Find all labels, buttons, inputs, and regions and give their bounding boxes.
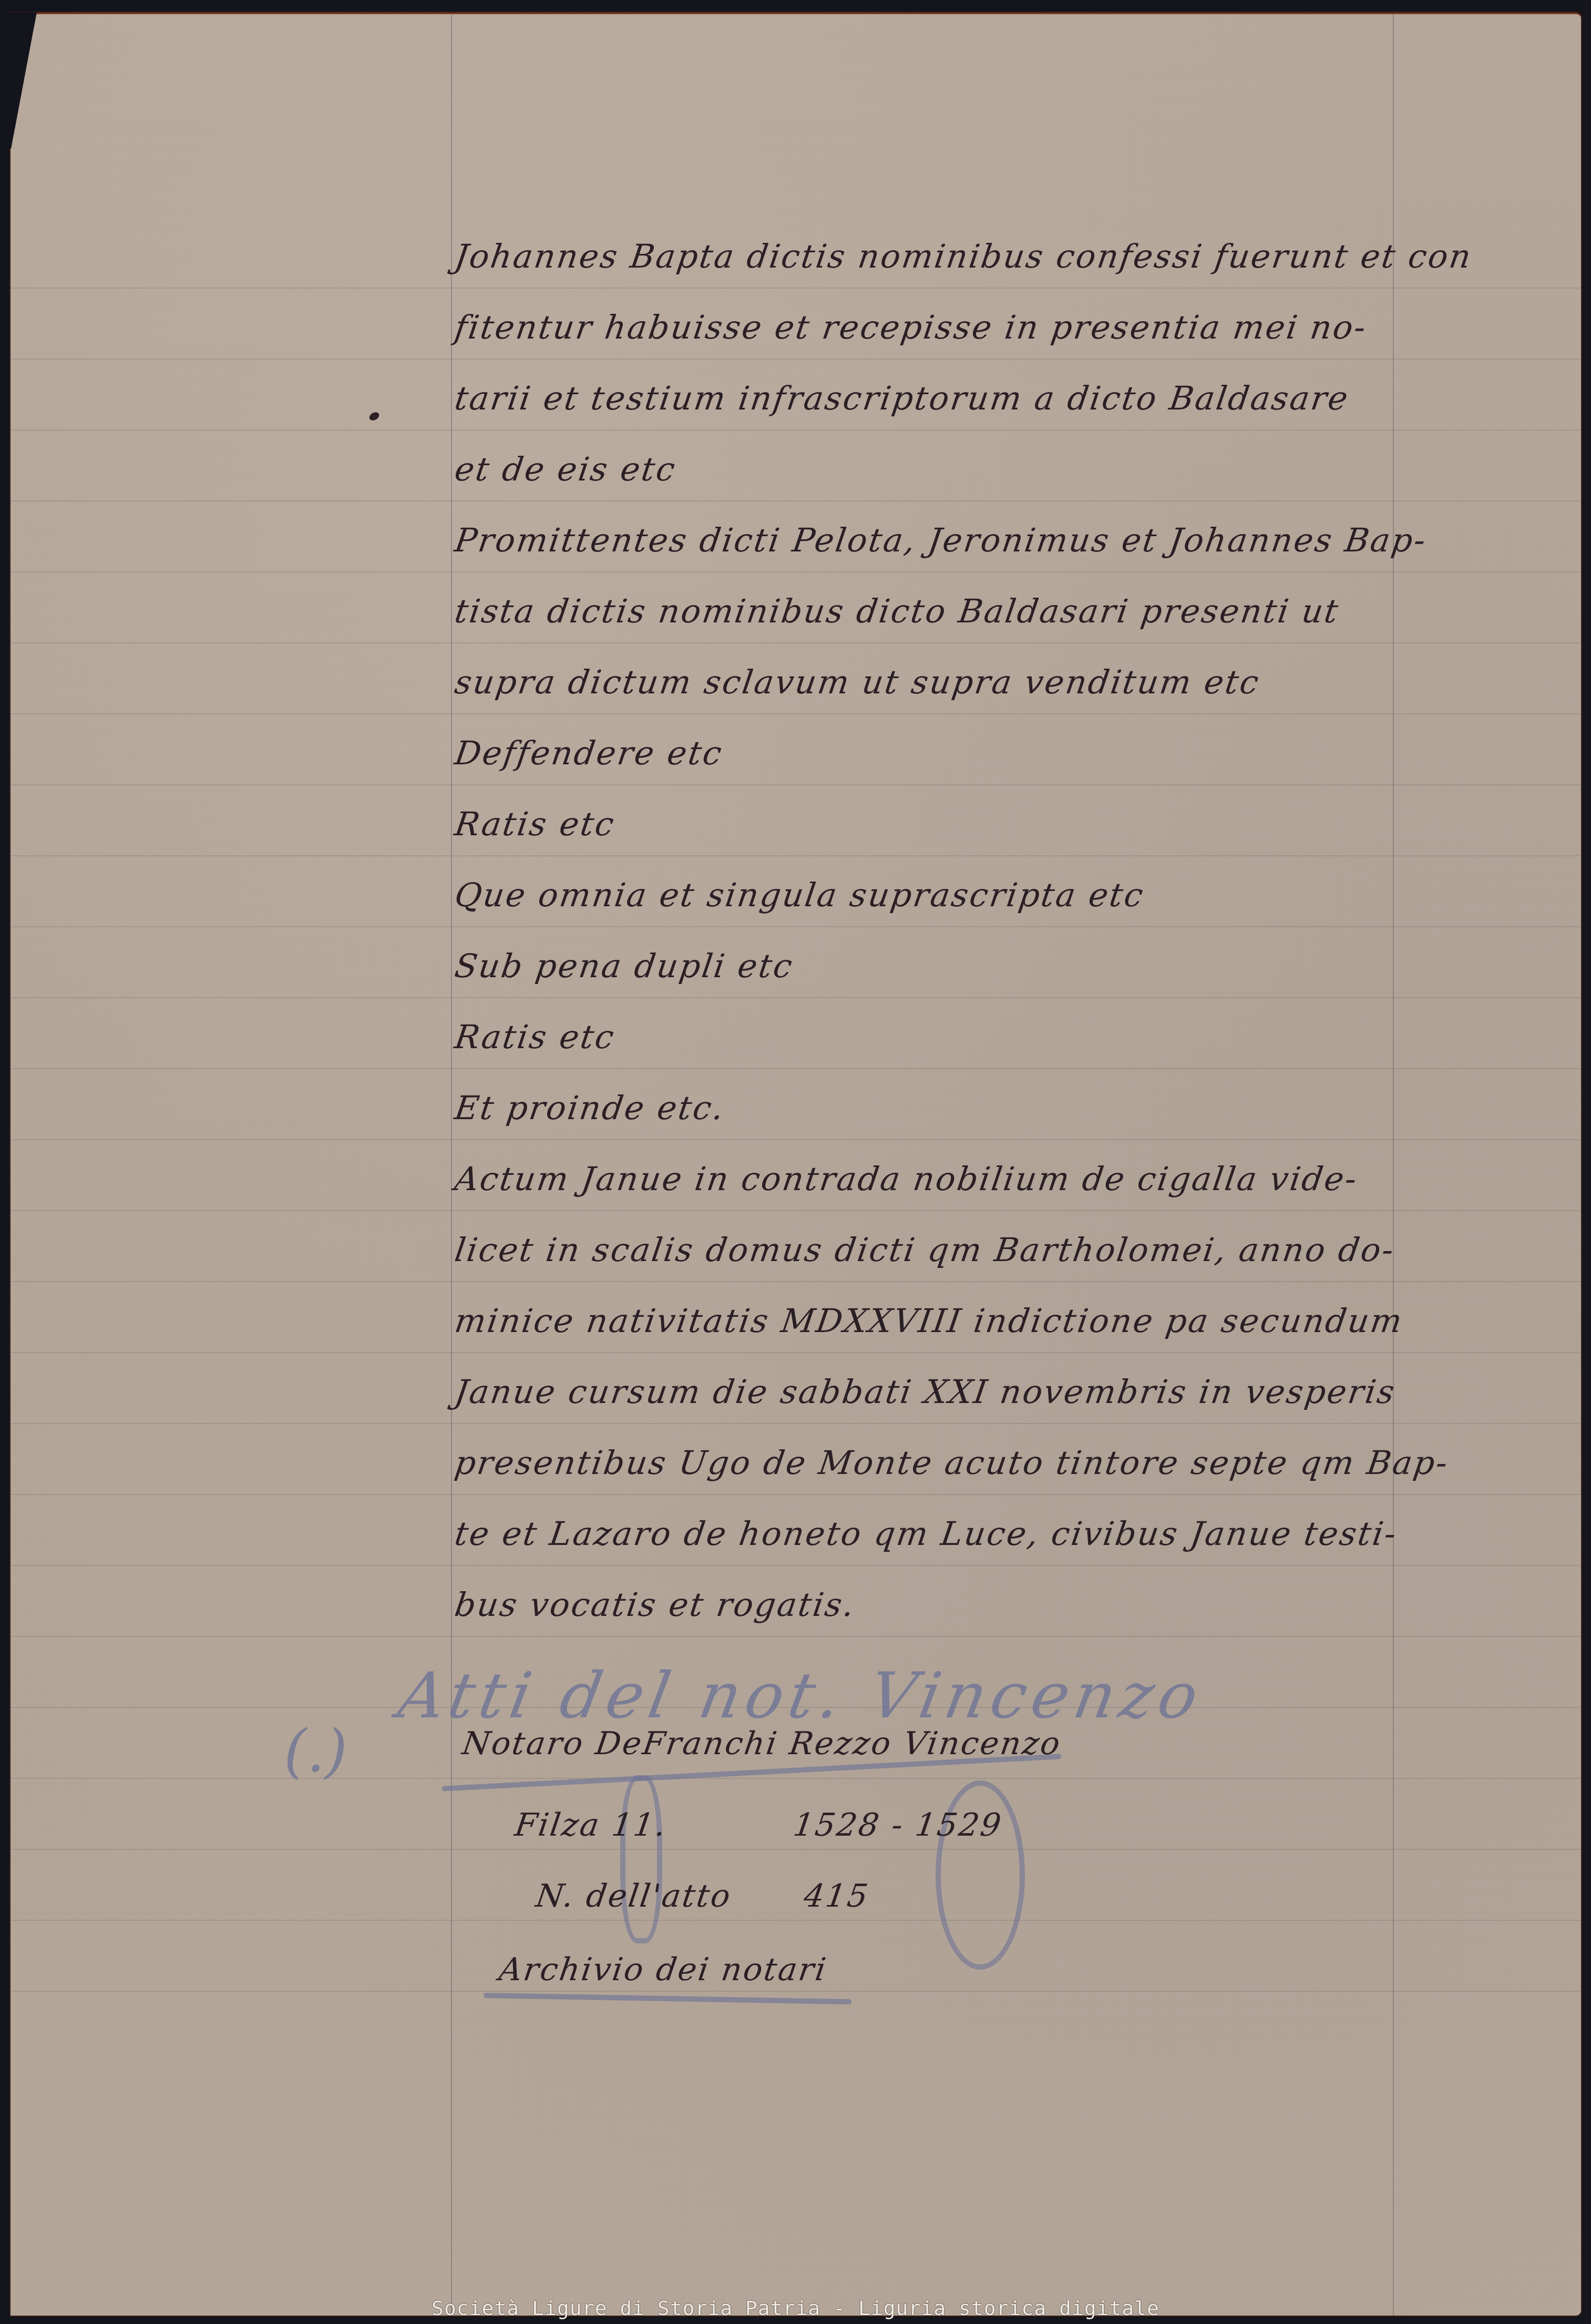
manuscript-line: Ratis etc <box>451 995 1418 1066</box>
pencil-annotation-bracket: (.) <box>284 1717 347 1785</box>
manuscript-line: tista dictis nominibus dicto Baldasari p… <box>451 569 1418 640</box>
manuscript-line: Sub pena dupli etc <box>451 924 1418 995</box>
ink-blot <box>368 411 381 422</box>
act-number-label: N. dell'atto <box>533 1878 734 1915</box>
ruled-line <box>11 1636 1581 1637</box>
manuscript-line: Janue cursum die sabbati XXI novembris i… <box>451 1349 1418 1420</box>
filza-label: Filza 11. <box>512 1807 670 1844</box>
footer-caption: Società Ligure di Storia Patria - Liguri… <box>0 2292 1591 2324</box>
manuscript-line: Et proinde etc. <box>451 1066 1418 1137</box>
manuscript-line: minice nativitatis MDXXVIII indictione p… <box>451 1278 1418 1349</box>
archive-name: Archivio dei notari <box>497 1951 829 1988</box>
manuscript-line: et de eis etc <box>451 427 1418 498</box>
manuscript-line: Johannes Bapta dictis nominibus confessi… <box>451 214 1418 285</box>
manuscript-line: Ratis etc <box>451 782 1418 853</box>
ruled-line <box>11 1920 1581 1921</box>
manuscript-page: Johannes Bapta dictis nominibus confessi… <box>11 13 1581 2316</box>
filza-years: 1528 - 1529 <box>791 1807 1005 1844</box>
manuscript-line: Que omnia et singula suprascripta etc <box>451 853 1418 924</box>
manuscript-line: supra dictum sclavum ut supra venditum e… <box>451 640 1418 711</box>
manuscript-line: tarii et testium infrascriptorum a dicto… <box>451 356 1418 427</box>
act-number: 415 <box>802 1878 871 1915</box>
manuscript-line: bus vocatis et rogatis. <box>451 1562 1418 1633</box>
pencil-underline <box>484 1993 851 2004</box>
manuscript-line: licet in scalis domus dicti qm Bartholom… <box>451 1207 1418 1278</box>
manuscript-line: Promittentes dicti Pelota, Jeronimus et … <box>451 498 1418 569</box>
manuscript-line: fitentur habuisse et recepisse in presen… <box>451 285 1418 356</box>
notary-reference: Notaro DeFranchi Rezzo Vincenzo <box>460 1725 1064 1762</box>
manuscript-body: Johannes Bapta dictis nominibus confessi… <box>451 214 1408 1633</box>
ruled-line <box>11 1849 1581 1850</box>
manuscript-line: te et Lazaro de honeto qm Luce, civibus … <box>451 1491 1418 1562</box>
manuscript-line: Deffendere etc <box>451 711 1418 782</box>
pencil-annotation-heading: Atti del not. Vincenzo <box>393 1660 1209 1733</box>
manuscript-line: Actum Janue in contrada nobilium de ciga… <box>451 1137 1418 1207</box>
pencil-squiggle <box>620 1775 662 1943</box>
manuscript-line: presentibus Ugo de Monte acuto tintore s… <box>451 1420 1418 1491</box>
ruled-line <box>11 1778 1581 1779</box>
ruled-line <box>11 1991 1581 1992</box>
